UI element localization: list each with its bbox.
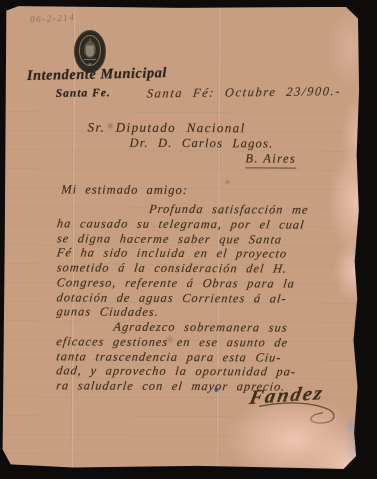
date-line: Santa Fé: Octubre 23/900.- bbox=[146, 84, 342, 101]
addressee-name: Dr. D. Carlos Lagos. bbox=[129, 136, 273, 152]
handwritten-line: dad, y aprovecho la oportunidad pa- bbox=[55, 364, 359, 380]
salutation: Mi estimado amigo: bbox=[61, 182, 188, 198]
archival-reference: 06-2-214 bbox=[30, 12, 75, 24]
handwritten-line: gunas Ciudades. bbox=[56, 305, 360, 321]
handwritten-line: ha causado su telegrama, por el cual bbox=[56, 216, 360, 232]
addressee-title: Sr. Diputado Nacional bbox=[88, 120, 246, 137]
ink-spot bbox=[214, 387, 218, 392]
letter-body: Profunda satisfacción me ha causado su t… bbox=[56, 201, 359, 394]
addressee-city: B. Aires bbox=[245, 151, 296, 168]
handwritten-line: Fé ha sido incluida en el proyecto bbox=[56, 246, 360, 262]
signature-flourish bbox=[257, 398, 347, 428]
handwritten-line: sometido á la consideración del H. bbox=[56, 260, 360, 276]
handwritten-line: Congreso, referente á Obras para la bbox=[56, 275, 360, 291]
handwritten-line: Profunda satisfacción me bbox=[56, 201, 360, 217]
handwritten-line: eficaces gestiones en ese asunto de bbox=[56, 334, 360, 350]
letterhead-title: Intendente Municipal bbox=[27, 65, 167, 85]
handwritten-line: Agradezco sobremanera sus bbox=[56, 319, 360, 335]
letter-paper: 06-2-214 Intendente Municipal Santa Fe. … bbox=[2, 5, 360, 470]
letterhead-subtitle: Santa Fe. bbox=[56, 87, 111, 100]
